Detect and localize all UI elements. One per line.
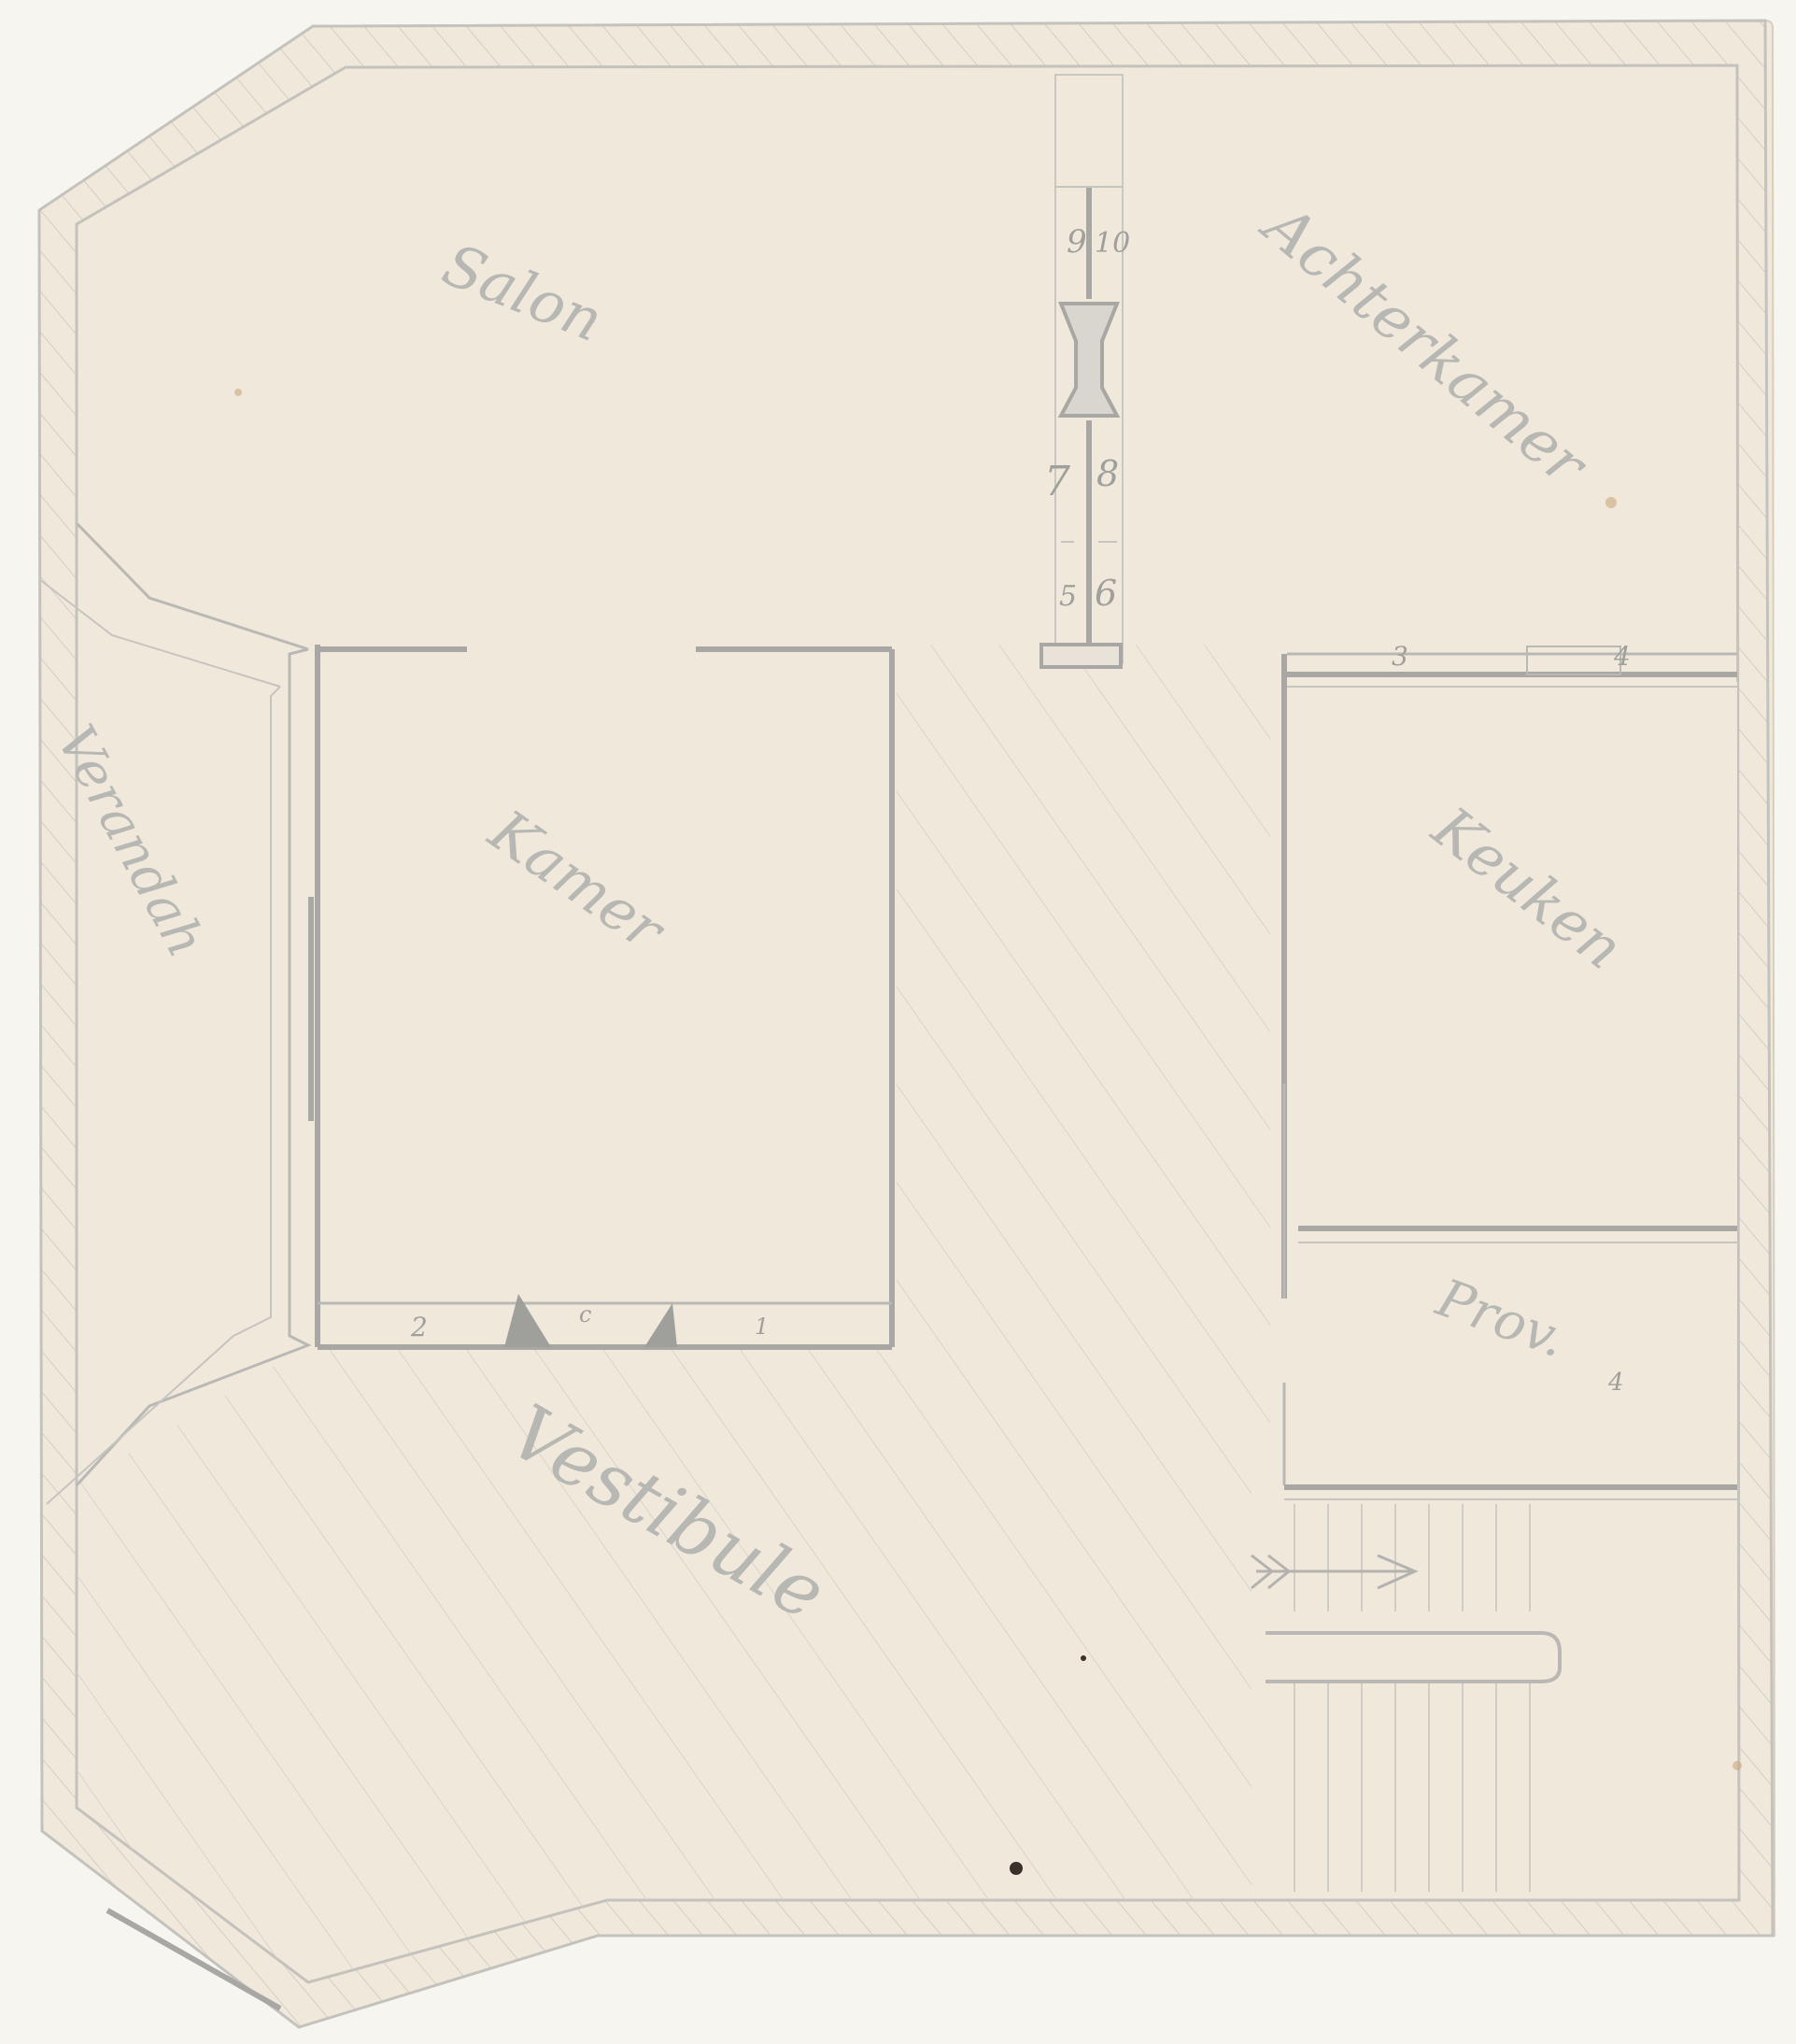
floor-plan-sheet: 9 10 7 8 5 6: [0, 0, 1796, 2044]
marker-window-4: 4: [1613, 641, 1631, 672]
marker-prov: 4: [1607, 1369, 1624, 1397]
scale-label-10: 10: [1095, 227, 1130, 260]
marker-window-3: 3: [1392, 641, 1408, 672]
staircase: [1252, 1504, 1560, 1892]
scale-label-5: 5: [1059, 580, 1077, 613]
marker-door-2: 2: [410, 1312, 428, 1342]
scale-label-9: 9: [1067, 223, 1087, 261]
scale-label-6: 6: [1095, 573, 1117, 614]
marker-door-1: 1: [755, 1313, 769, 1340]
scale-label-8: 8: [1096, 453, 1119, 494]
keuken-room: [1284, 646, 1737, 1499]
marker-door-c: c: [579, 1301, 591, 1327]
kamer-room: [290, 645, 897, 1347]
scale-label-7: 7: [1044, 458, 1070, 505]
